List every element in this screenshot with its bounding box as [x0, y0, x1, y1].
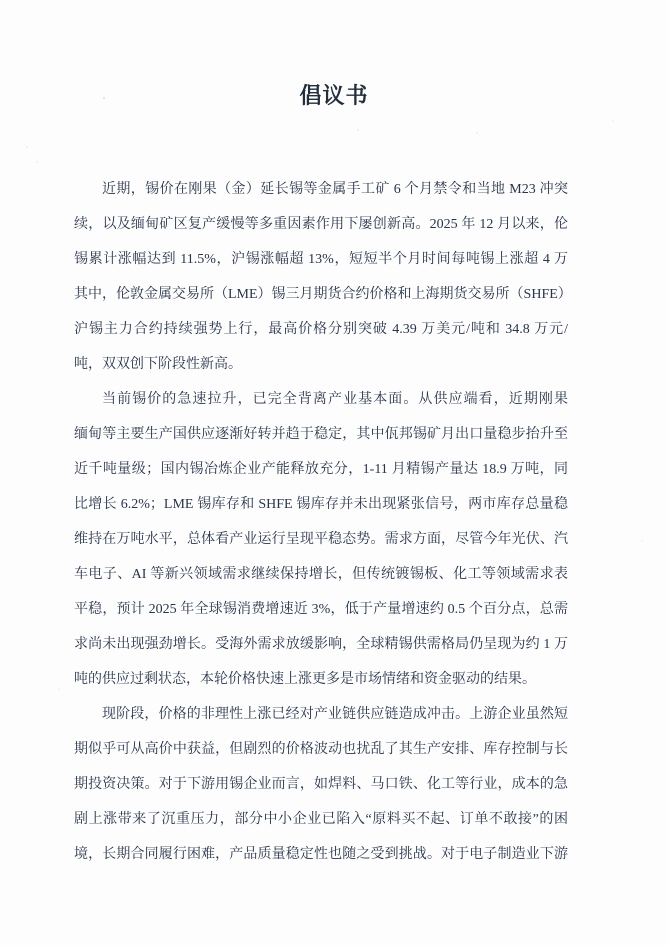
text-line: 车电子、AI 等新兴领域需求继续保持增长，但传统镀锡板、化工等领域需求表现	[74, 557, 568, 592]
text-line: 吨的供应过剩状态，本轮价格快速上涨更多是市场情绪和资金驱动的结果。	[74, 662, 568, 697]
scan-speckle	[641, 540, 643, 542]
text-line: 沪锡主力合约持续强势上行，最高价格分别突破 4.39 万美元/吨和 34.8 万…	[74, 312, 568, 347]
document-body: 近期，锡价在刚果（金）延长锡等金属手工矿 6 个月禁令和当地 M23 冲突持续，…	[74, 172, 568, 872]
text-line: 缅甸等主要生产国供应逐渐好转并趋于稳定，其中佤邦锡矿月出口量稳步抬升至	[74, 417, 568, 452]
text-line: 其中，伦敦金属交易所（LME）锡三月期货合约价格和上海期货交易所（SHFE）	[74, 277, 568, 312]
text-line: 当前锡价的急速拉升，已完全背离产业基本面。从供应端看，近期刚果（金）、	[74, 382, 568, 417]
text-line: 近千吨量级；国内锡冶炼企业产能释放充分，1-11 月精锡产量达 18.9 万吨，…	[74, 452, 568, 487]
text-line: 续，以及缅甸矿区复产缓慢等多重因素作用下屡创新高。2025 年 12 月以来，伦	[74, 207, 568, 242]
text-line: 比增长 6.2%；LME 锡库存和 SHFE 锡库存并未出现紧张信号，两市库存总…	[74, 487, 568, 522]
text-line: 期投资决策。对于下游用锡企业而言，如焊料、马口铁、化工等行业，成本的急	[74, 767, 568, 802]
scan-speckle	[476, 132, 478, 134]
scan-speckle	[357, 129, 359, 131]
text-line: 现阶段，价格的非理性上涨已经对产业链供应链造成冲击。上游企业虽然短	[74, 697, 568, 732]
document-page: 倡议书 近期，锡价在刚果（金）延长锡等金属手工矿 6 个月禁令和当地 M23 冲…	[0, 0, 668, 945]
scan-speckle	[26, 146, 28, 148]
document-title: 倡议书	[0, 82, 668, 110]
text-line: 求尚未出现强劲增长。受海外需求放缓影响，全球精锡供需格局仍呈现为约 1 万	[74, 627, 568, 662]
scan-speckle	[103, 97, 105, 99]
text-line: 近期，锡价在刚果（金）延长锡等金属手工矿 6 个月禁令和当地 M23 冲突持	[74, 172, 568, 207]
text-line: 平稳，预计 2025 年全球锡消费增速近 3%，低于产量增速约 0.5 个百分点…	[74, 592, 568, 627]
text-line: 维持在万吨水平，总体看产业运行呈现平稳态势。需求方面，尽管今年光伏、汽	[74, 522, 568, 557]
text-line: 期似乎可从高价中获益，但剧烈的价格波动也扰乱了其生产安排、库存控制与长	[74, 732, 568, 767]
scan-speckle	[58, 688, 60, 690]
text-line: 境，长期合同履行困难，产品质量稳定性也随之受到挑战。对于电子制造业下游	[74, 837, 568, 872]
text-line: 锡累计涨幅达到 11.5%，沪锡涨幅超 13%，短短半个月时间每吨锡上涨超 4 …	[74, 242, 568, 277]
text-line: 剧上涨带来了沉重压力，部分中小企业已陷入“原料买不起、订单不敢接”的困	[74, 802, 568, 837]
scan-speckle	[612, 120, 614, 122]
text-line: 吨，双双创下阶段性新高。	[74, 347, 568, 382]
scan-speckle	[36, 161, 38, 163]
